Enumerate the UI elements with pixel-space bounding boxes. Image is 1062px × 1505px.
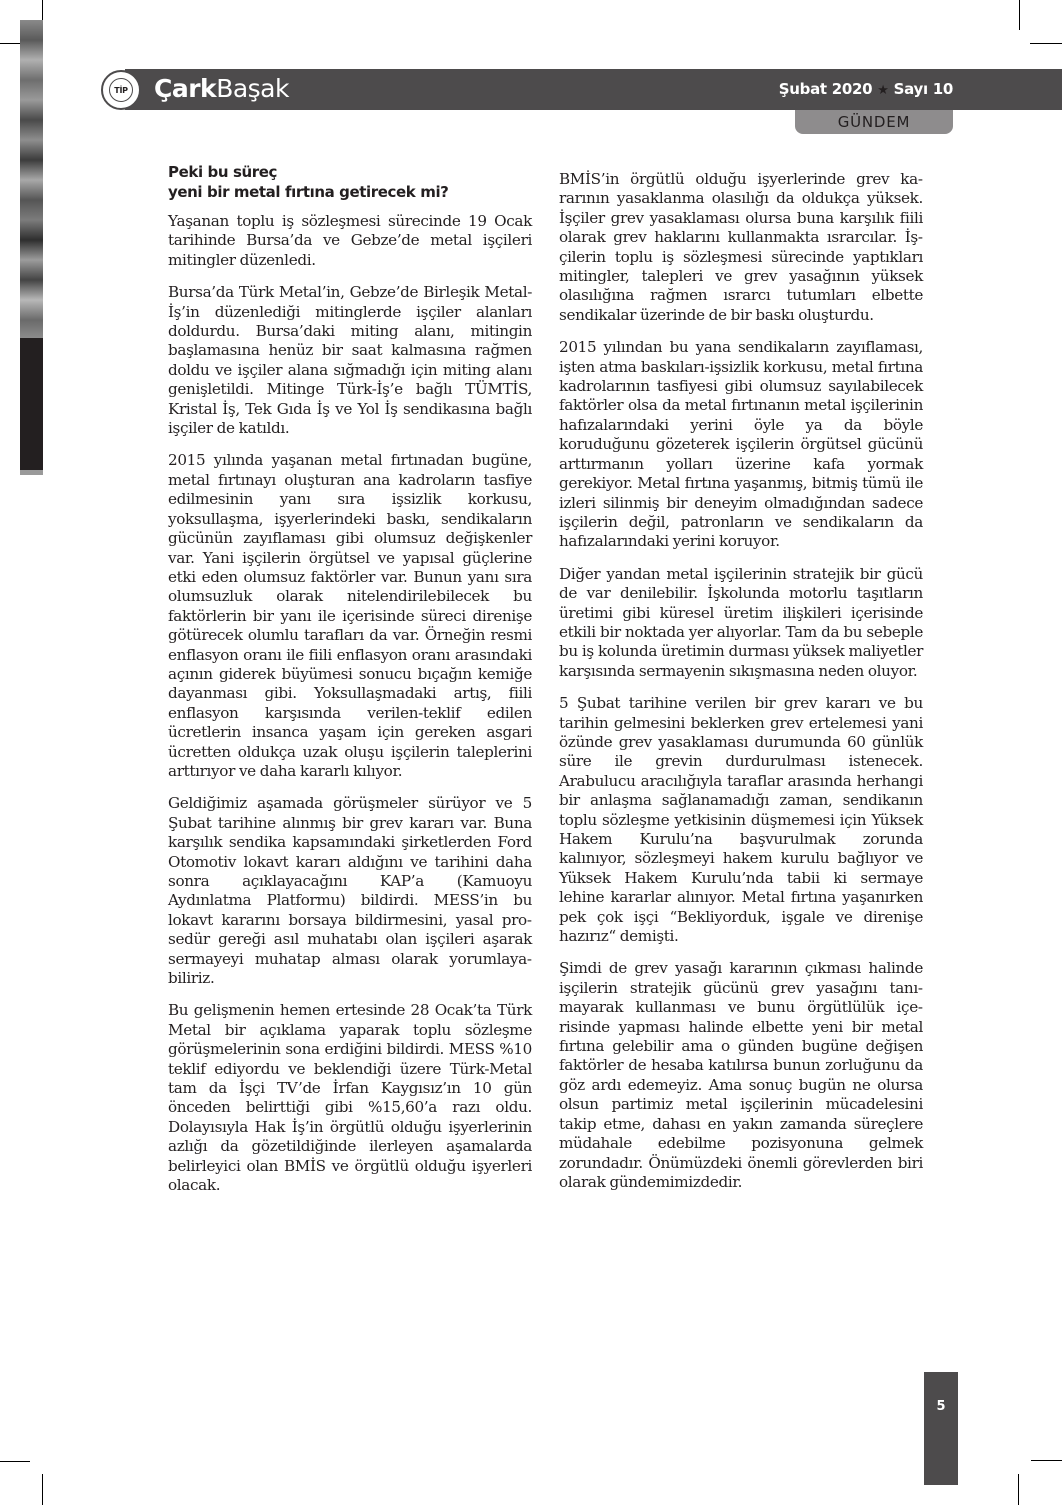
- crop-mark: [42, 1474, 43, 1505]
- magazine-title: ÇarkBaşak: [154, 72, 289, 106]
- paragraph: 5 Şubat tarihine verilen bir grev kararı…: [559, 694, 923, 946]
- brand-part2: Başak: [216, 74, 289, 103]
- paragraph: Diğer yandan metal işçilerinin stratejik…: [559, 565, 923, 681]
- crop-mark: [0, 1461, 30, 1462]
- paragraph: Yaşanan toplu iş sözleşmesi sürecinde 19…: [168, 212, 532, 270]
- heading-line-1: Peki bu süreç: [168, 163, 277, 181]
- cover-photo-strip: [20, 20, 43, 475]
- issue-number: Sayı 10: [894, 80, 953, 98]
- star-icon: ★: [877, 83, 888, 98]
- paragraph: Bursa’da Türk Metal’in, Gebze’de Birleşi…: [168, 283, 532, 438]
- paragraph: BMİS’in örgütlü olduğu işyerlerinde grev…: [559, 170, 923, 325]
- issue-info: Şubat 2020★Sayı 10: [779, 77, 953, 101]
- crop-mark: [1019, 0, 1020, 30]
- crop-mark: [1018, 1474, 1019, 1505]
- party-logo-icon: TİP: [101, 70, 141, 110]
- paragraph: Geldiğimiz aşamada görüşmeler sürüyor ve…: [168, 794, 532, 988]
- article-column-left: Peki bu süreç yeni bir metal fırtına get…: [168, 162, 532, 1209]
- logo-text: TİP: [109, 78, 133, 102]
- section-label: GÜNDEM: [795, 110, 953, 134]
- paragraph: Bu gelişmenin hemen ertesinde 28 Ocak’ta…: [168, 1001, 532, 1195]
- crop-mark: [1031, 1460, 1062, 1461]
- article-column-right: BMİS’in örgütlü olduğu işyerlerinde grev…: [559, 170, 923, 1205]
- crop-mark: [1030, 43, 1062, 44]
- heading-line-2: yeni bir metal fırtına getirecek mi?: [168, 183, 448, 201]
- page-number: 5: [924, 1372, 958, 1485]
- brand-part1: Çark: [154, 74, 216, 103]
- paragraph: Şimdi de grev yasağı kararının çıkması h…: [559, 959, 923, 1192]
- issue-date: Şubat 2020: [779, 80, 872, 98]
- article-heading: Peki bu süreç yeni bir metal fırtına get…: [168, 162, 532, 202]
- paragraph: 2015 yılında yaşanan metal fırtınadan bu…: [168, 451, 532, 781]
- paragraph: 2015 yılından bu yana sendikaların zayıf…: [559, 338, 923, 551]
